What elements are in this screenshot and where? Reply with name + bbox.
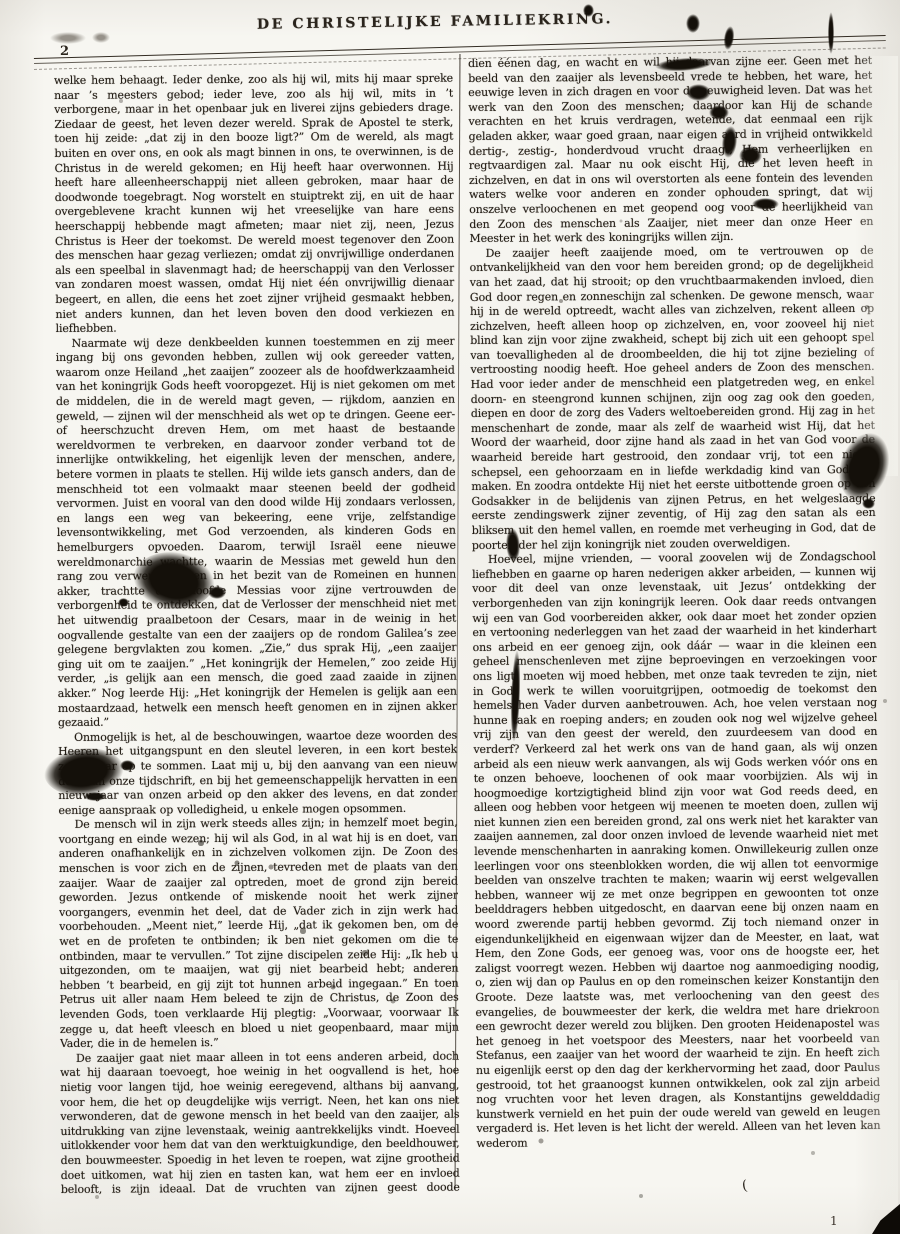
- ink-blot: [583, 4, 594, 17]
- paragraph: Hoeveel, mijne vrienden, — vooral zoovel…: [472, 550, 881, 1151]
- paragraph: welke hem behaagt. Ieder denke, zoo als …: [54, 72, 455, 337]
- masthead-title: DE CHRISTELIJKE FAMILIEKRING.: [0, 7, 870, 37]
- paragraph: De mensch wil in zijn werk steeds alles …: [59, 816, 459, 1052]
- ink-blot: [84, 792, 106, 801]
- ink-blot: [686, 14, 700, 33]
- ink-blot: [752, 198, 779, 210]
- scan-smudge: [50, 32, 86, 44]
- stray-pen-mark: (: [741, 1178, 749, 1195]
- left-column: welke hem behaagt. Ieder denke, zoo als …: [54, 72, 460, 1199]
- paper-specks: [0, 0, 2, 2]
- paragraph: De zaaijer heeft zaaijende moed, om te v…: [469, 244, 875, 554]
- scan-edge-fade: [852, 56, 898, 476]
- scan-edge-fade: [852, 980, 898, 1210]
- right-column: dien éénen dag, en wacht en wil hij daar…: [468, 54, 881, 1152]
- ink-blot: [686, 84, 711, 101]
- newspaper-page: DE CHRISTELIJKE FAMILIEKRING. 2 welke he…: [0, 0, 900, 1234]
- ink-blot: [709, 105, 729, 120]
- ink-blot: [722, 25, 735, 50]
- ink-blot: [118, 598, 129, 607]
- paragraph: De zaaijer gaat niet maar alleen in tot …: [60, 1049, 460, 1199]
- ink-blot: [862, 498, 875, 509]
- ink-blot: [208, 586, 226, 599]
- ink-blot: [828, 12, 834, 54]
- paragraph: Naarmate wij deze denkbeelden kunnen toe…: [56, 334, 457, 730]
- footer-page-mark: 1: [830, 1214, 838, 1228]
- scan-smudge: [92, 32, 110, 43]
- paragraph: dien éénen dag, en wacht en wil hij daar…: [468, 54, 873, 247]
